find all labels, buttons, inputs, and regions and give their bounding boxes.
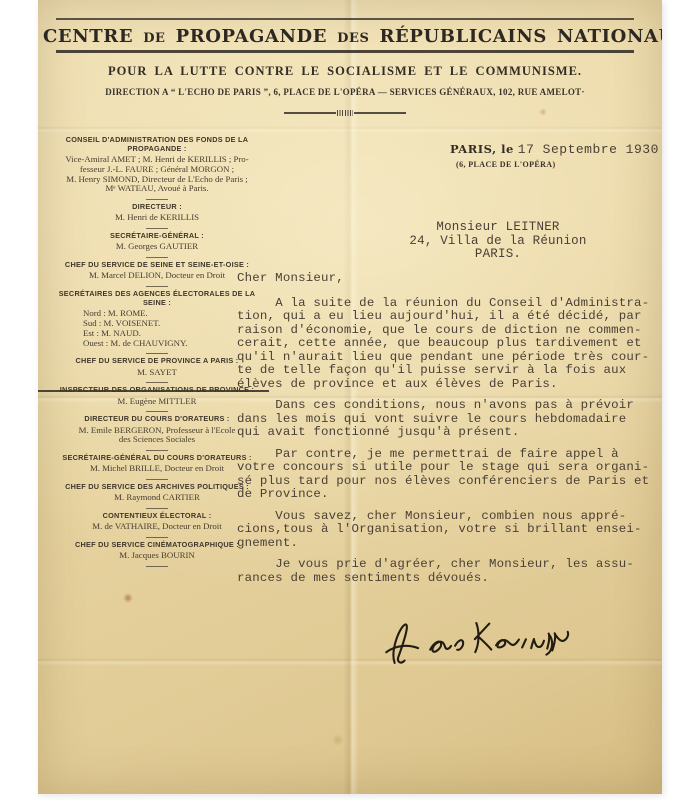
- ornament-stripes: [337, 110, 353, 116]
- section-line: Ouest : M. de CHAUVIGNY.: [83, 339, 263, 349]
- paragraph: Dans ces conditions, nous n'avons pas à …: [237, 399, 662, 440]
- title-word: DE: [143, 31, 165, 46]
- section-line: Mᵉ WATEAU, Avoué à Paris.: [51, 184, 263, 194]
- letterhead-subtitle: POUR LA LUTTE CONTRE LE SOCIALISME ET LE…: [38, 64, 652, 79]
- letterhead-title: CENTREDEPROPAGANDEDESRÉPUBLICAINSNATIONA…: [38, 26, 654, 47]
- sidebar-section: CONSEIL D'ADMINISTRATION DES FONDS DE LA…: [43, 136, 271, 200]
- paragraph: A la suite de la réunion du Conseil d'Ad…: [237, 297, 662, 392]
- recipient-line: Monsieur LEITNER: [408, 221, 588, 235]
- section-divider: [146, 566, 168, 567]
- section-divider: [146, 228, 168, 229]
- sidebar-section: SECRÉTAIRE-GÉNÉRAL :M. Georges GAUTIER: [43, 232, 271, 258]
- paragraph: Je vous prie d'agréer, cher Monsieur, le…: [237, 558, 662, 585]
- section-line: M. Eugène MITTLER: [51, 397, 263, 407]
- section-line: M. Marcel DELION, Docteur en Droit: [51, 271, 263, 281]
- section-line: M. de VATHAIRE, Docteur en Droit: [51, 522, 263, 532]
- section-divider: [146, 537, 168, 538]
- paragraph: Par contre, je me permettrai de faire ap…: [237, 448, 662, 502]
- title-word: DES: [337, 31, 369, 46]
- section-heading: DIRECTEUR :: [43, 203, 271, 212]
- typed-date: 17 Septembre 1930.: [518, 142, 662, 157]
- section-heading: CHEF DU SERVICE DE SEINE ET SEINE-ET-OIS…: [43, 261, 271, 270]
- letterhead-top-rule: [56, 18, 634, 20]
- dateline: PARIS, le 17 Septembre 1930.: [450, 140, 662, 158]
- letter-paper: CENTREDEPROPAGANDEDESRÉPUBLICAINSNATIONA…: [38, 0, 662, 794]
- signature: [377, 605, 579, 682]
- section-divider: [146, 257, 168, 258]
- title-word: NATIONAUX: [557, 26, 662, 47]
- recipient-line: 24, Villa de la Réunion: [408, 235, 588, 249]
- recipient-address: Monsieur LEITNER24, Villa de la RéunionP…: [408, 221, 588, 262]
- section-line: M. Jacques BOURIN: [51, 551, 263, 561]
- section-heading: SECRÉTAIRE-GÉNÉRAL :: [43, 232, 271, 241]
- section-divider: [146, 286, 168, 287]
- section-line: des Sciences Sociales: [51, 435, 263, 445]
- section-divider: [146, 450, 168, 451]
- letterhead-direction-line: DIRECTION A “ L'ECHO DE PARIS ”, 6, PLAC…: [38, 87, 652, 97]
- letter-body: Cher Monsieur, A la suite de la réunion …: [237, 272, 662, 593]
- section-heading: CONSEIL D'ADMINISTRATION DES FONDS DE LA…: [43, 136, 271, 154]
- section-divider: [146, 199, 168, 200]
- recipient-line: PARIS.: [408, 248, 588, 262]
- section-body: M. Henri de KERILLIS: [43, 213, 271, 223]
- sidebar-section: DIRECTEUR :M. Henri de KERILLIS: [43, 203, 271, 229]
- letterhead-bottom-rule: [56, 50, 634, 53]
- signature-stroke: [377, 605, 579, 682]
- ornament-divider: [38, 110, 652, 116]
- date-address-note: (6, PLACE DE L'OPÉRA): [456, 160, 556, 169]
- title-word: RÉPUBLICAINS: [379, 26, 547, 47]
- ornament-line-right: [354, 112, 406, 114]
- section-divider: [146, 411, 168, 412]
- section-line: M. Raymond CARTIER: [51, 493, 263, 503]
- title-word: CENTRE: [43, 26, 133, 47]
- section-line: M. SAYET: [51, 368, 263, 378]
- section-divider: [146, 479, 168, 480]
- section-divider: [146, 382, 168, 383]
- section-body: M. Georges GAUTIER: [43, 242, 271, 252]
- section-divider: [146, 353, 168, 354]
- section-body: Vice-Amiral AMET ; M. Henri de KERILLIS …: [43, 155, 271, 194]
- scan-background: { "letterhead": { "title_words": [ {"tex…: [0, 0, 700, 800]
- section-line: M. Henri de KERILLIS: [51, 213, 263, 223]
- section-divider: [146, 508, 168, 509]
- ornament-line-left: [284, 112, 336, 114]
- salutation: Cher Monsieur,: [237, 272, 662, 286]
- section-line: M. Georges GAUTIER: [51, 242, 263, 252]
- paragraph: Vous savez, cher Monsieur, combien nous …: [237, 510, 662, 551]
- date-printed-prefix: PARIS, le: [450, 142, 514, 156]
- title-word: PROPAGANDE: [176, 26, 328, 47]
- section-line: M. Michel BRILLE, Docteur en Droit: [51, 464, 263, 474]
